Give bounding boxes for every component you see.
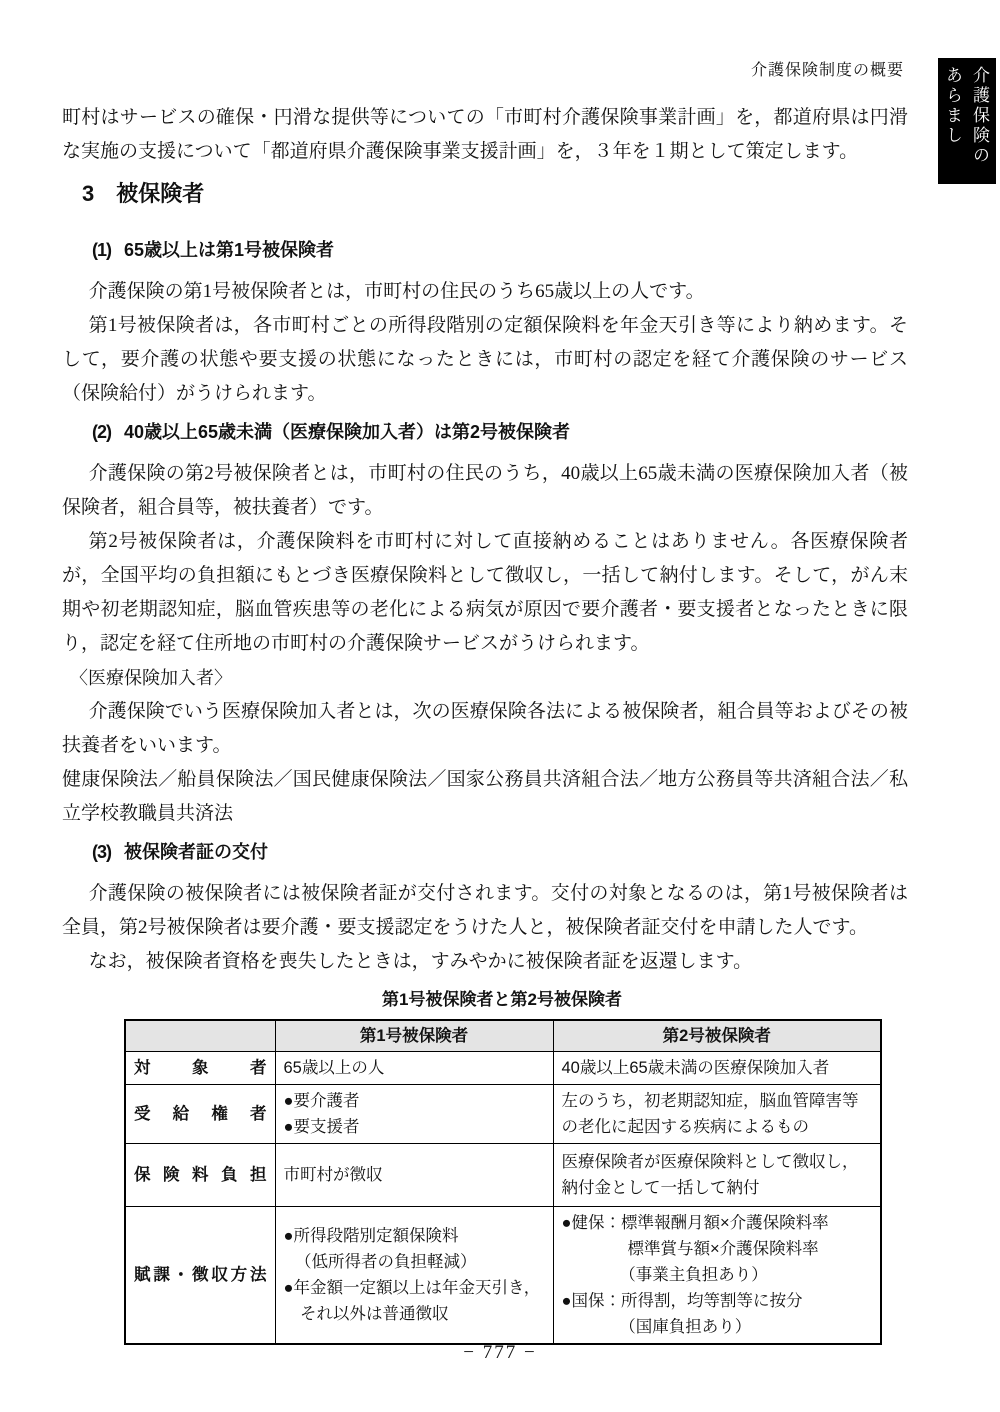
cell-levy-no1: ●所得段階別定額保険料 （低所得者の負担軽減） ●年金額一定額以上は年金天引き，… (275, 1207, 553, 1345)
bullet-line: ●健保：標準報酬月額×介護保険料率 (562, 1210, 873, 1236)
bullet-subline: それ以外は普通徴収 (284, 1301, 545, 1327)
intro-paragraph: 町村はサービスの確保・円滑な提供等についての「市町村介護保険事業計画」を，都道府… (62, 101, 908, 169)
row-label-levy-method: 賦課・徴収方法 (125, 1207, 275, 1345)
section-2-number: (2) (92, 422, 111, 442)
table-header-no2: 第2号被保険者 (553, 1020, 881, 1052)
bullet-line: ●年金額一定額以上は年金天引き， (284, 1275, 545, 1301)
cell-premium-no2: 医療保険者が医療保険料として徴収し，納付金として一括して納付 (553, 1144, 881, 1207)
cell-beneficiary-no1: ●要介護者 ●要支援者 (275, 1085, 553, 1144)
cell-beneficiary-no2: 左のうち，初老期認知症，脳血管障害等の老化に起因する疾病によるもの (553, 1085, 881, 1144)
section-1-number: (1) (92, 240, 111, 260)
insured-comparison-table: 第1号被保険者 第2号被保険者 対象者 65歳以上の人 40歳以上65歳未満の医… (124, 1019, 882, 1345)
section-2-laws-list: 健康保険法／船員保険法／国民健康保険法／国家公務員共済組合法／地方公務員等共済組… (62, 763, 908, 831)
table-row-levy-method: 賦課・徴収方法 ●所得段階別定額保険料 （低所得者の負担軽減） ●年金額一定額以… (125, 1207, 881, 1345)
bullet-line: ●要支援者 (284, 1114, 545, 1140)
table-header-row: 第1号被保険者 第2号被保険者 (125, 1020, 881, 1052)
section-3-paragraph-2: なお，被保険者資格を喪失したときは，すみやかに被保険者証を返還します。 (62, 945, 908, 979)
table-header-empty (125, 1020, 275, 1052)
bullet-subline: 標準賞与額×介護保険料率 (562, 1236, 873, 1262)
section-1-paragraph-2: 第1号被保険者は，各市町村ごとの所得段階別の定額保険料を年金天引き等により納めま… (62, 309, 908, 411)
main-section-number: 3 (82, 181, 94, 206)
cell-premium-no1: 市町村が徴収 (275, 1144, 553, 1207)
side-tab: 介護保険の あらまし (938, 58, 996, 184)
table-row-target: 対象者 65歳以上の人 40歳以上65歳未満の医療保険加入者 (125, 1052, 881, 1085)
side-tab-line-2: あらまし (943, 66, 962, 146)
section-3-heading: (3)被保険者証の交付 (92, 839, 908, 865)
running-head: 介護保険制度の概要 (751, 57, 904, 80)
section-1-title: 65歳以上は第1号被保険者 (124, 240, 334, 260)
side-tab-line-1: 介護保険の (970, 66, 989, 166)
cell-target-no2: 40歳以上65歳未満の医療保険加入者 (553, 1052, 881, 1085)
section-2-heading: (2)40歳以上65歳未満（医療保険加入者）は第2号被保険者 (92, 419, 908, 445)
row-label-target: 対象者 (125, 1052, 275, 1085)
main-section-title: 被保険者 (116, 181, 204, 206)
bullet-subline: （低所得者の負担軽減） (284, 1249, 545, 1275)
section-2-paragraph-1: 介護保険の第2号被保険者とは，市町村の住民のうち，40歳以上65歳未満の医療保険… (62, 457, 908, 525)
document-page: 介護保険制度の概要 介護保険の あらまし 町村はサービスの確保・円滑な提供等につ… (0, 0, 1000, 1412)
cell-levy-no2: ●健保：標準報酬月額×介護保険料率 標準賞与額×介護保険料率 （事業主負担あり）… (553, 1207, 881, 1345)
section-3-title: 被保険者証の交付 (124, 842, 268, 862)
section-2-title: 40歳以上65歳未満（医療保険加入者）は第2号被保険者 (124, 422, 570, 442)
bullet-line: ●所得段階別定額保険料 (284, 1223, 545, 1249)
section-2-paragraph-2: 第2号被保険者は，介護保険料を市町村に対して直接納めることはありません。各医療保… (62, 525, 908, 661)
row-label-beneficiary: 受給権者 (125, 1085, 275, 1144)
page-number: − 777 − (0, 1342, 1000, 1364)
section-2-subheading: 〈医療保険加入者〉 (70, 661, 908, 695)
section-1-paragraph-1: 介護保険の第1号被保険者とは，市町村の住民のうち65歳以上の人です。 (62, 275, 908, 309)
section-3-paragraph-1: 介護保険の被保険者には被保険者証が交付されます。交付の対象となるのは，第1号被保… (62, 877, 908, 945)
bullet-line: ●国保：所得割，均等割等に按分 (562, 1288, 873, 1314)
cell-target-no1: 65歳以上の人 (275, 1052, 553, 1085)
table-row-beneficiary: 受給権者 ●要介護者 ●要支援者 左のうち，初老期認知症，脳血管障害等の老化に起… (125, 1085, 881, 1144)
table-header-no1: 第1号被保険者 (275, 1020, 553, 1052)
bullet-line: ●要介護者 (284, 1088, 545, 1114)
page-content: 町村はサービスの確保・円滑な提供等についての「市町村介護保険事業計画」を，都道府… (62, 0, 908, 1345)
table-row-premium-burden: 保険料負担 市町村が徴収 医療保険者が医療保険料として徴収し，納付金として一括し… (125, 1144, 881, 1207)
section-2-paragraph-3: 介護保険でいう医療保険加入者とは，次の医療保険各法による被保険者，組合員等および… (62, 695, 908, 763)
bullet-subline: （国庫負担あり） (562, 1314, 873, 1340)
row-label-premium-burden: 保険料負担 (125, 1144, 275, 1207)
section-3-number: (3) (92, 842, 111, 862)
main-section-heading: 3被保険者 (82, 179, 908, 209)
bullet-subline: （事業主負担あり） (562, 1262, 873, 1288)
table-title: 第1号被保険者と第2号被保険者 (124, 987, 880, 1013)
section-1-heading: (1)65歳以上は第1号被保険者 (92, 237, 908, 263)
